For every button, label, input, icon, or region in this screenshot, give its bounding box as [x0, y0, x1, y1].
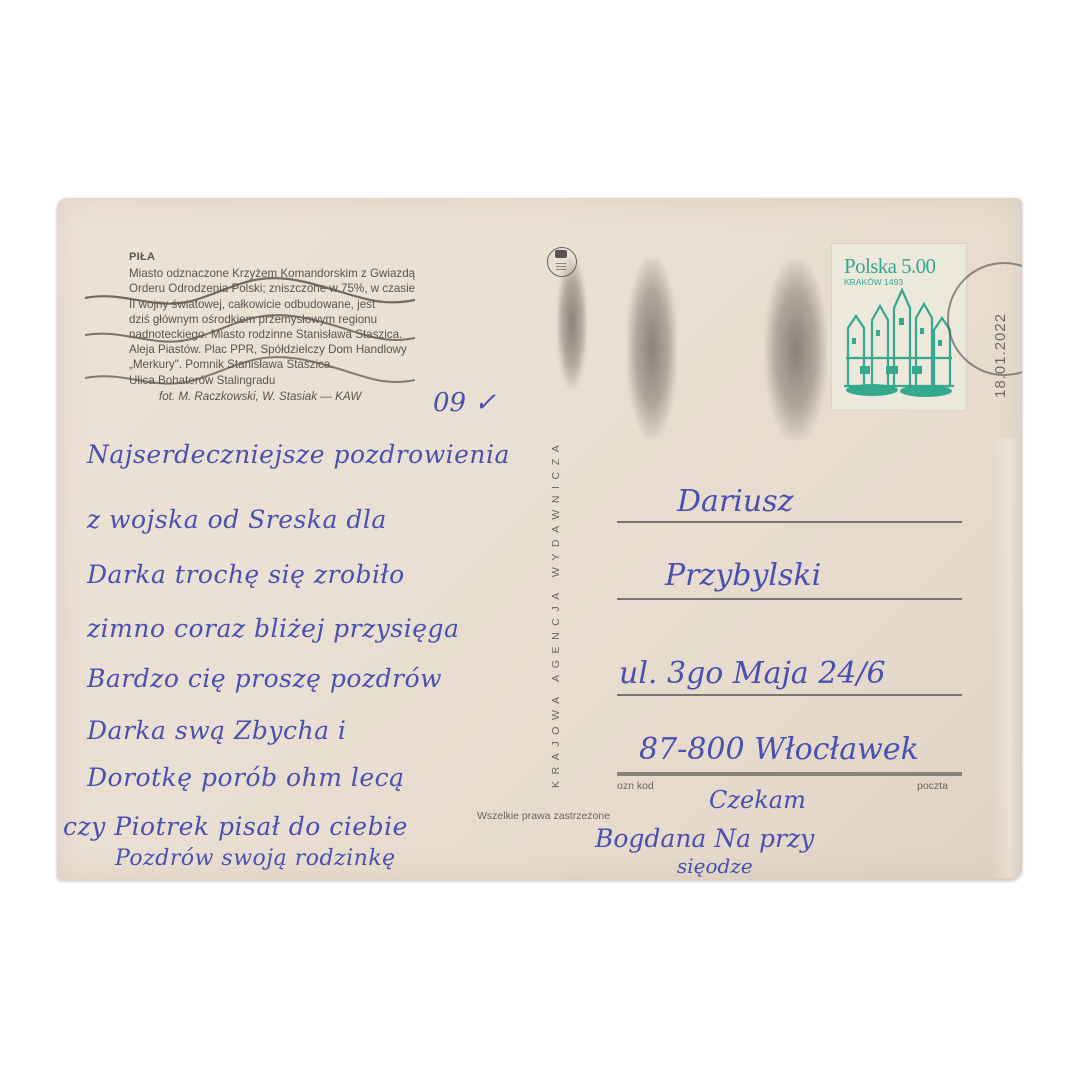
address-name: Dariusz — [677, 484, 793, 519]
address-line — [617, 694, 962, 696]
postal-code-line — [617, 772, 962, 776]
caption-line: nadnoteckiego. Miasto rodzinne Stanisław… — [129, 327, 489, 342]
caption-line: Aleja Piastów. Plac PPR, Spółdzielczy Do… — [129, 342, 489, 357]
handwritten-annotation: 09 ✓ — [433, 388, 496, 418]
caption-line: dziś głównym ośrodkiem przemysłowym regi… — [129, 312, 489, 327]
message-line: Bardzo cię proszę pozdrów — [87, 664, 442, 693]
caption-line: Miasto odznaczone Krzyżem Komandorskim z… — [129, 266, 489, 281]
address-line — [617, 598, 962, 600]
message-line: Darka trochę się zrobiło — [87, 560, 405, 589]
postcard-back: PIŁA Miasto odznaczone Krzyżem Komandors… — [57, 198, 1022, 880]
caption-line: Ulica Bohaterów Stalingradu — [129, 373, 489, 388]
address-surname: Przybylski — [665, 558, 821, 593]
postage-stamp: Polska 5.00 KRAKÓW 1493 — [832, 244, 966, 410]
cancel-smudge — [557, 258, 587, 388]
address-line — [617, 521, 962, 523]
message-line: Darka swą Zbycha i — [87, 716, 346, 745]
stamp-country-value: Polska 5.00 — [844, 254, 935, 279]
post-office-label: poczta — [917, 780, 948, 792]
caption-line: II wojny światowej, całkowicie odbudowan… — [129, 297, 489, 312]
caption-line: Orderu Odrodzenia Polski; zniszczone w 7… — [129, 281, 489, 296]
message-line: z wojska od Sreska dla — [87, 505, 387, 534]
stamp-subtitle: KRAKÓW 1493 — [844, 277, 903, 287]
postal-code-label: ozn kod — [617, 780, 654, 792]
cancel-smudge — [627, 258, 677, 438]
message-line: zimno coraz bliżej przysięga — [87, 614, 459, 643]
cancel-smudge — [765, 260, 827, 440]
address-street: ul. 3go Maja 24/6 — [619, 656, 886, 691]
castle-illustration-icon — [842, 288, 956, 398]
postscript-line: Bogdana Na przy — [595, 824, 814, 853]
message-line: Dorotkę porób ohm lecą — [87, 763, 405, 792]
message-line: Pozdrów swoją rodzinkę — [115, 846, 396, 871]
postscript-line: sięodze — [677, 854, 753, 878]
address-postal: 87-800 Włocławek — [639, 732, 919, 767]
caption-title: PIŁA — [129, 250, 489, 265]
copyright-text: Wszelkie prawa zastrzeżone — [477, 810, 610, 822]
caption-line: „Merkury". Pomnik Stanisława Staszica. — [129, 357, 489, 372]
postmark-date: 18.01.2022 — [992, 313, 1009, 398]
publisher-vertical-text: KRAJOWA AGENCJA WYDAWNICZA — [550, 368, 562, 788]
message-line: czy Piotrek pisał do ciebie — [63, 812, 408, 841]
postscript-line: Czekam — [709, 786, 806, 814]
message-line: Najserdeczniejsze pozdrowienia — [87, 440, 510, 469]
printed-caption: PIŁA Miasto odznaczone Krzyżem Komandors… — [129, 250, 489, 404]
